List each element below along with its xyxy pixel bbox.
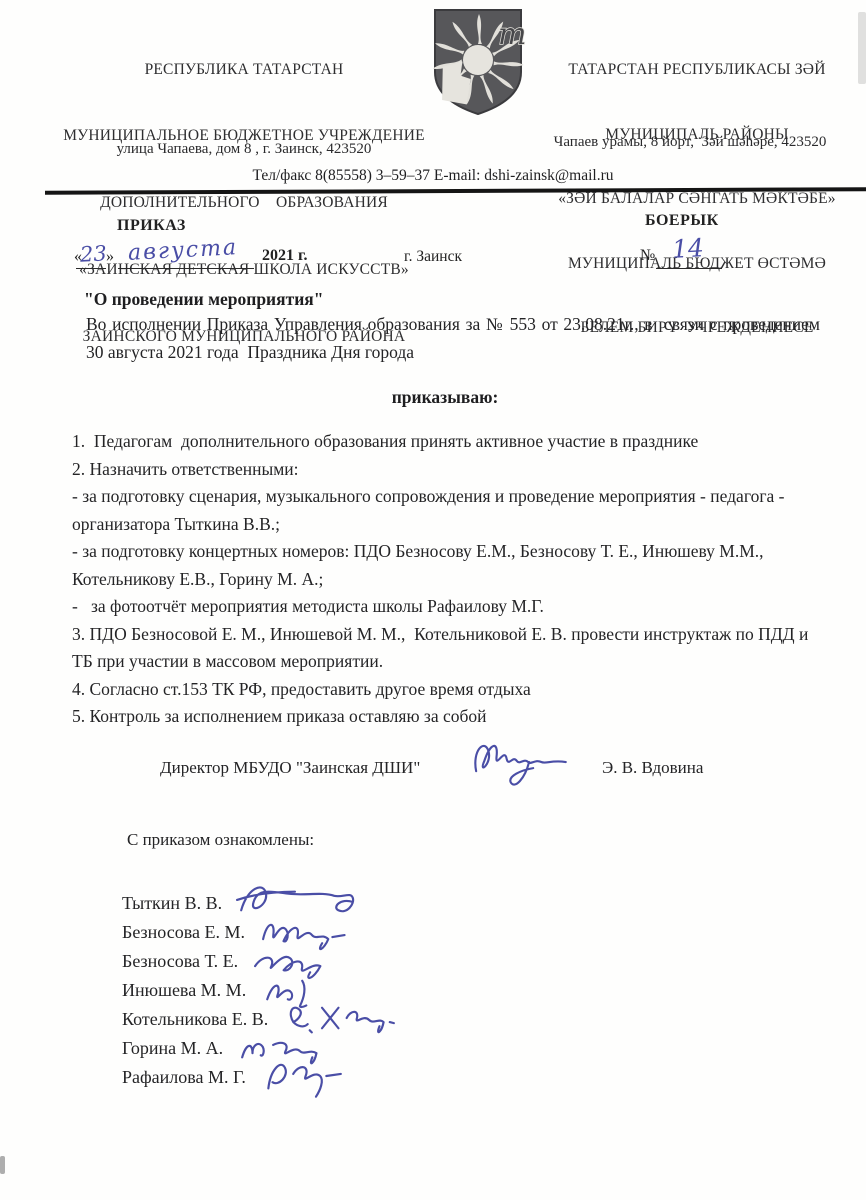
order-item: - за подготовку концертных номеров: ПДО … <box>72 538 830 593</box>
number-sign: № <box>640 247 655 265</box>
scan-artifact <box>0 1156 5 1174</box>
director-title: Директор МБУДО "Заинская ДШИ" <box>160 758 420 778</box>
scanned-order-document: РЕСПУБЛИКА ТАТАРСТАН МУНИЦИПАЛЬНОЕ БЮДЖЕ… <box>0 0 866 1200</box>
signature-scribble <box>258 1051 346 1101</box>
signatory-name: Горина М. А. <box>122 1038 223 1058</box>
acknowledgement-heading: С приказом ознакомлены: <box>127 830 314 850</box>
order-item: 2. Назначить ответственными: <box>72 456 830 484</box>
order-number-underline <box>656 268 722 269</box>
date-day-handwritten: 23 <box>79 241 107 266</box>
director-name: Э. В. Вдовина <box>602 758 703 778</box>
order-item: 4. Согласно ст.153 ТК РФ, предоставить д… <box>72 676 830 704</box>
date-month-underline <box>118 268 254 269</box>
order-item: 5. Контроль за исполнением приказа остав… <box>72 703 830 731</box>
address-tt: Чапаев урамы, 8 йорт, Зәй шәһәре, 423520 <box>516 134 864 151</box>
decree-word: приказываю: <box>30 387 860 408</box>
org-ru-line: РЕСПУБЛИКА ТАТАРСТАН <box>58 59 430 81</box>
date-quote-close: » <box>106 248 114 266</box>
zainsk-coat-of-arms-icon: m <box>428 6 528 118</box>
signatory-name: Тыткин В. В. <box>122 893 222 913</box>
contact-line: Тел/факс 8(85558) 3–59–37 E-mail: dshi-z… <box>0 167 866 185</box>
signatories-list: Тыткин В. В. Безносова Е. М. Безносова Т… <box>122 893 399 1096</box>
order-title: "О проведении мероприятия" <box>84 289 323 310</box>
director-signature <box>468 730 580 792</box>
signatory-name: Рафаилова М. Г. <box>122 1067 246 1087</box>
signatory-name: Безносова Е. М. <box>122 922 245 942</box>
order-item: - за подготовку сценария, музыкального с… <box>72 483 830 538</box>
order-item: 1. Педагогам дополнительного образования… <box>72 428 830 456</box>
order-place: г. Заинск <box>404 248 462 266</box>
signatory-row: Рафаилова М. Г. <box>122 1067 399 1096</box>
signatory-name: Безносова Т. Е. <box>122 951 238 971</box>
emblem-letter: m <box>498 17 526 52</box>
org-tt-line: ТАТАРСТАН РЕСПУБЛИКАСЫ ЗӘЙ <box>534 59 860 81</box>
order-intro: Во исполнении Приказа Управления образов… <box>86 311 820 366</box>
date-year: 2021 г. <box>262 247 307 265</box>
date-day-underline <box>76 268 106 269</box>
order-label-ru: ПРИКАЗ <box>117 217 186 235</box>
signatory-name: Инюшева М. М. <box>122 980 246 1000</box>
scan-artifact <box>858 12 866 84</box>
order-label-tt: БОЕРЫК <box>645 212 719 230</box>
order-items: 1. Педагогам дополнительного образования… <box>72 428 830 731</box>
address-ru: улица Чапаева, дом 8 , г. Заинск, 423520 <box>58 141 430 158</box>
order-item: - за фотоотчёт мероприятия методиста шко… <box>72 593 830 621</box>
order-number-handwritten: 14 <box>671 233 704 264</box>
order-item: 3. ПДО Безносовой Е. М., Инюшевой М. М.,… <box>72 621 830 676</box>
org-ru-line: ДОПОЛНИТЕЛЬНОГО ОБРАЗОВАНИЯ <box>58 192 430 214</box>
